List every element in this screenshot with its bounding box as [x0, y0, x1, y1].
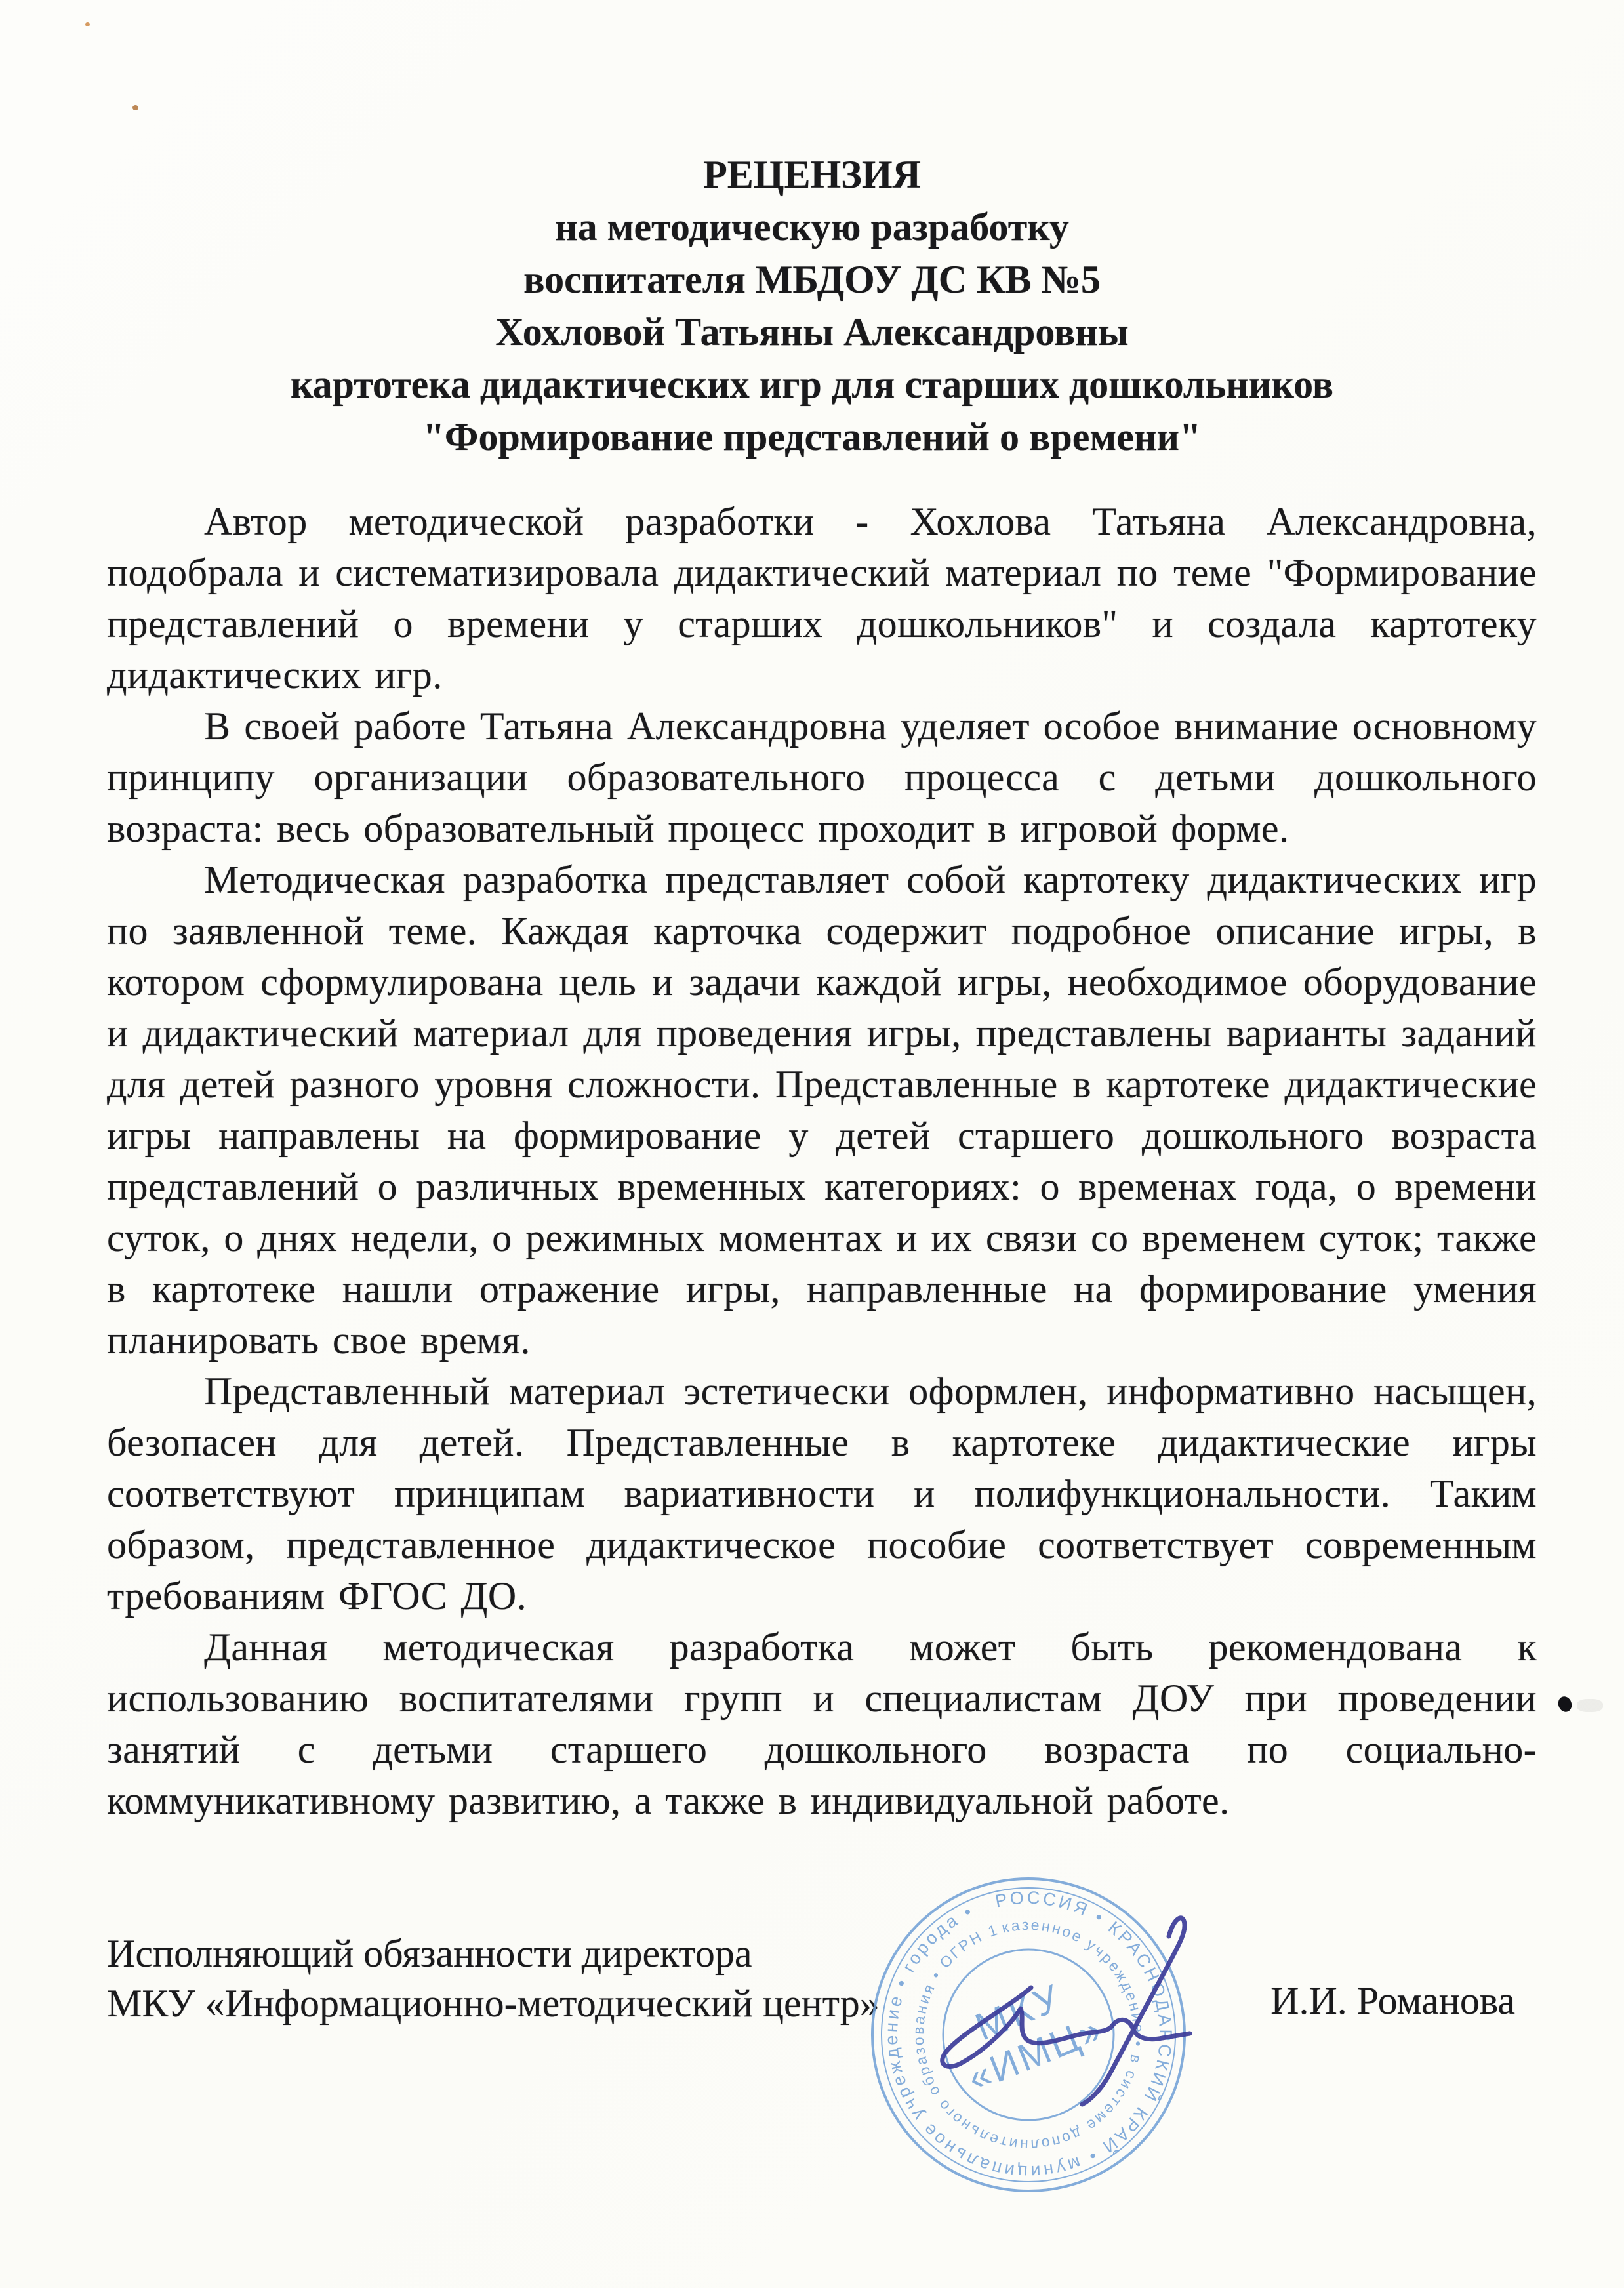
signatory-role-line-2: МКУ «Информационно-методический центр»: [107, 1978, 880, 2028]
document-title: РЕЦЕНЗИЯ: [0, 148, 1624, 201]
official-stamp: РОССИЯ • КРАСНОДАРСКИЙ КРАЙ • муниципаль…: [806, 1812, 1251, 2258]
signature-block: Исполняющий обязанности директора МКУ «И…: [107, 1929, 880, 2028]
title-work-quote: "Формирование представлений о времени": [0, 411, 1624, 463]
title-subline-1: на методическую разработку: [0, 201, 1624, 253]
body-paragraph: Представленный материал эстетически офор…: [107, 1366, 1537, 1622]
body-paragraph: Методическая разработка представляет соб…: [107, 854, 1537, 1366]
signatory-role-line-1: Исполняющий обязанности директора: [107, 1929, 880, 1978]
document-title-block: РЕЦЕНЗИЯ на методическую разработку восп…: [0, 148, 1624, 463]
scan-speck: [85, 22, 90, 26]
signatory-name: И.И. Романова: [1270, 1978, 1515, 2024]
body-paragraph: Автор методической разработки - Хохлова …: [107, 496, 1537, 701]
official-stamp-graphic: РОССИЯ • КРАСНОДАРСКИЙ КРАЙ • муниципаль…: [806, 1812, 1251, 2258]
scan-smudge: [1577, 1699, 1603, 1712]
title-author-name: Хохловой Татьяны Александровны: [0, 306, 1624, 358]
scan-speck: [132, 105, 138, 110]
body-paragraph: В своей работе Татьяна Александровна уде…: [107, 701, 1537, 854]
title-subline-2: воспитателя МБДОУ ДС КВ №5: [0, 253, 1624, 306]
ink-dot: [1556, 1694, 1573, 1713]
title-work-name: картотека дидактических игр для старших …: [0, 358, 1624, 411]
body-paragraph: Данная методическая разработка может быт…: [107, 1622, 1537, 1826]
review-body: Автор методической разработки - Хохлова …: [107, 496, 1537, 1826]
scanned-review-document: РЕЦЕНЗИЯ на методическую разработку восп…: [0, 0, 1624, 2288]
